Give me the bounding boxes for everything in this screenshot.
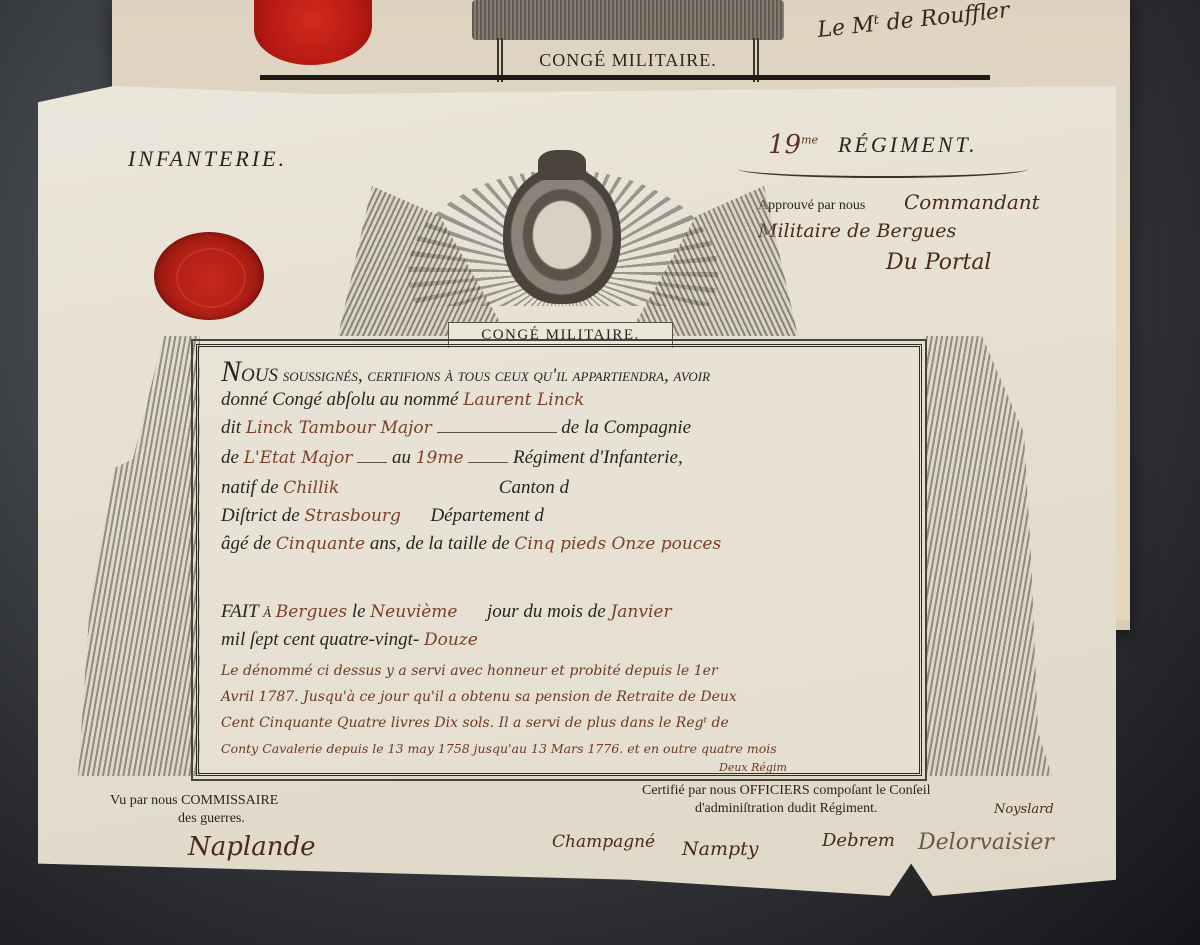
body-line-3: dit Linck Tambour Major de la Compagnie [221, 417, 907, 439]
body-line-7: âgé de Cinquante ans, de la taille de Ci… [221, 533, 907, 555]
crown-icon [538, 150, 586, 180]
service-note-2: Avril 1787. Jusqu'à ce jour qu'il a obte… [221, 685, 907, 707]
discharge-certificate: INFANTERIE. 19me RÉGIMENT. Approuvé par … [38, 86, 1116, 896]
certificate-frame: NOUS ſouſſignés, certifions à tous ceux … [196, 344, 922, 776]
body-line-4: de L'Etat Major au 19me Régiment d'Infan… [221, 447, 907, 469]
body-line-2: donné Congé abſolu au nommé Laurent Linc… [221, 389, 907, 411]
officer-signature-2: Nampty [682, 838, 759, 860]
approval-handwritten-1: Commandant [904, 190, 1040, 214]
birthplace: Chillik [283, 478, 339, 498]
royal-crest-engraving: CONGÉ MILITAIRE. [338, 136, 798, 346]
commissaire-block: Vu par nous COMMISSAIRE des guerres. [110, 792, 278, 828]
body-line-1: NOUS ſouſſignés, certifions à tous ceux … [221, 355, 907, 389]
frame-rule [260, 75, 990, 80]
header-infanterie: INFANTERIE. [128, 146, 287, 172]
body-line-5: natif de Chillik Canton d [221, 477, 907, 499]
wax-seal [254, 0, 372, 65]
fleur-de-lis-crest-icon [503, 166, 621, 304]
age: Cinquante [276, 534, 365, 554]
back-signature: Le Mᵗ de Rouffler [816, 0, 1010, 43]
service-note-5: Deux Régim [719, 755, 907, 777]
officer-signature-1: Champagné [552, 832, 655, 852]
service-note-3: Cent Cinquante Quatre livres Dix sols. I… [221, 711, 907, 733]
soldier-rank: Linck Tambour Major [246, 418, 432, 438]
commissaire-signature: Naplande [188, 832, 316, 862]
approval-signature: Du Portal [886, 250, 991, 275]
officers-block: Certifié par nous OFFICIERS compoſant le… [642, 782, 931, 818]
service-note-1: Le dénommé ci dessus y a servi avec honn… [221, 659, 907, 681]
engraving-pedestal [472, 0, 784, 40]
date-line: FAIT à Bergues le Neuvième jour du mois … [221, 601, 907, 623]
year-line: mil ſept cent quatre-vingt- Douze [221, 629, 907, 651]
officer-signature-3: Debrem [822, 830, 895, 851]
height: Cinq pieds Onze pouces [514, 534, 721, 554]
body-line-6: Diſtrict de Strasbourg Département d [221, 505, 907, 527]
wax-seal [154, 232, 264, 320]
drummer-illustration [78, 336, 200, 776]
soldier-name: Laurent Linck [463, 390, 584, 410]
district: Strasbourg [304, 506, 401, 526]
officer-signature-5: Noyslard [994, 802, 1054, 817]
officer-signature-4: Delorvaisier [918, 830, 1054, 855]
grenadier-illustration [926, 336, 1066, 776]
regiment-label: RÉGIMENT. [838, 132, 978, 158]
